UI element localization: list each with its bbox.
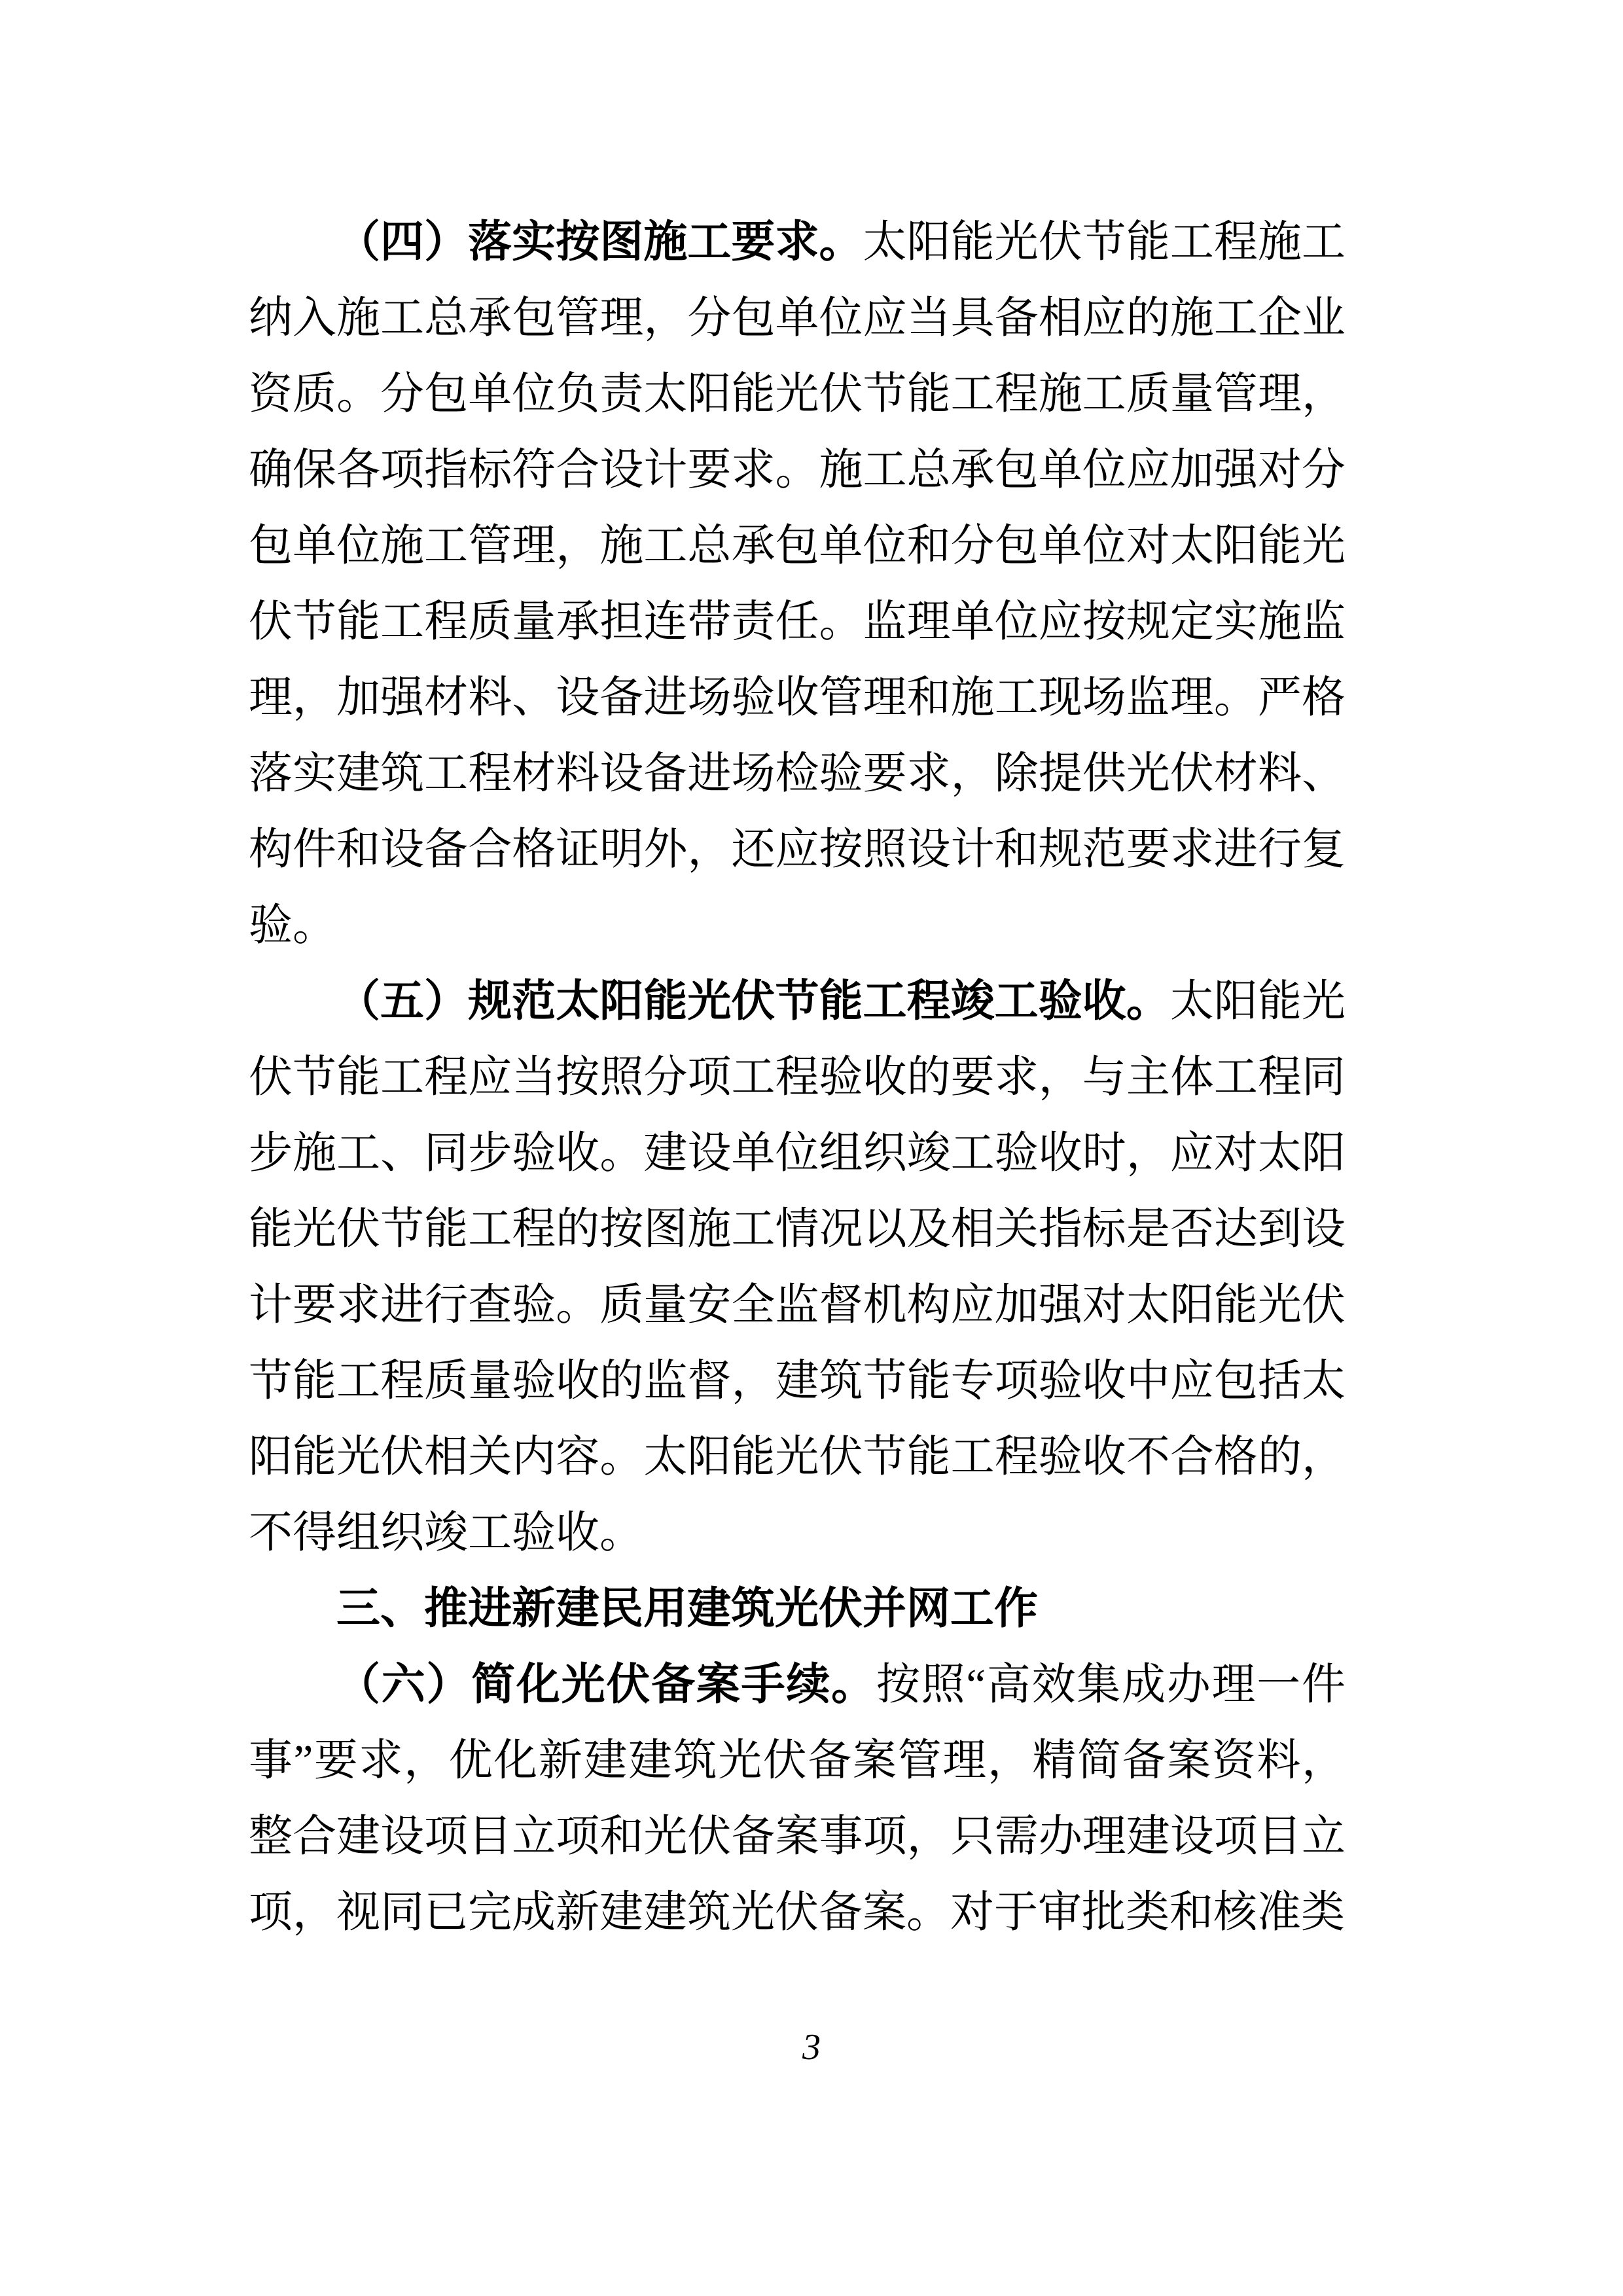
paragraph-item-4-lead: （四）落实按图施工要求。 <box>336 218 863 266</box>
paragraph-item-6: （六）简化光伏备案手续。按照“高效集成办理一件事”要求，优化新建建筑光伏备案管理… <box>249 1647 1346 1950</box>
paragraph-item-5-text: 太阳能光伏节能工程应当按照分项工程验收的要求，与主体工程同步施工、同步验收。建设… <box>249 977 1346 1557</box>
page-number: 3 <box>0 2026 1623 2068</box>
document-page: （四）落实按图施工要求。太阳能光伏节能工程施工纳入施工总承包管理，分包单位应当具… <box>0 0 1623 2296</box>
paragraph-item-6-lead: （六）简化光伏备案手续。 <box>336 1660 876 1709</box>
text-block: （四）落实按图施工要求。太阳能光伏节能工程施工纳入施工总承包管理，分包单位应当具… <box>249 204 1346 1950</box>
paragraph-item-4: （四）落实按图施工要求。太阳能光伏节能工程施工纳入施工总承包管理，分包单位应当具… <box>249 204 1346 963</box>
paragraph-item-5-lead: （五）规范太阳能光伏节能工程竣工验收。 <box>336 977 1170 1026</box>
paragraph-item-4-text: 太阳能光伏节能工程施工纳入施工总承包管理，分包单位应当具备相应的施工企业资质。分… <box>249 218 1346 950</box>
section-heading-3: 三、推进新建民用建筑光伏并网工作 <box>249 1571 1346 1647</box>
paragraph-item-5: （五）规范太阳能光伏节能工程竣工验收。太阳能光伏节能工程应当按照分项工程验收的要… <box>249 963 1346 1571</box>
